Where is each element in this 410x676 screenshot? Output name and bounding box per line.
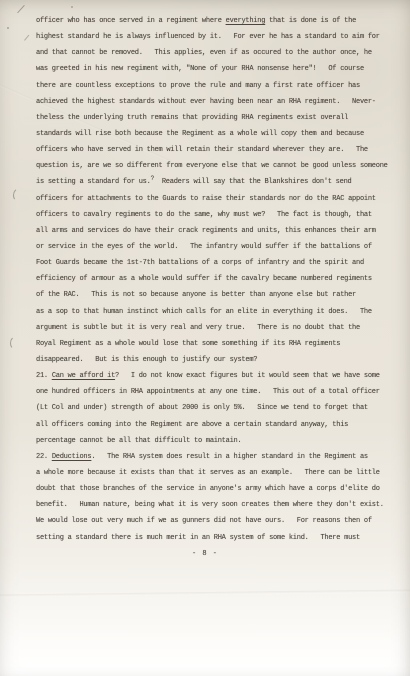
text-line: Royal Regiment as a whole would lose tha… xyxy=(36,336,388,352)
text-line: officers to cavalry regiments to do the … xyxy=(36,207,388,223)
text-line: was greeted in his new regiment with, "N… xyxy=(36,61,388,77)
text-segment: percentage cannot be all that difficult … xyxy=(36,437,241,445)
text-line: 21. Can we afford it? I do not know exac… xyxy=(36,368,388,384)
text-segment: setting a standard there is much merit i… xyxy=(36,534,360,542)
text-segment: (Lt Col and under) strength of about 200… xyxy=(36,404,368,412)
text-segment: that is done is of the xyxy=(265,17,356,25)
text-line: officers for attachments to the Guards t… xyxy=(36,191,388,207)
text-segment: question is, are we so different from ev… xyxy=(36,162,388,170)
text-line: 22. Deductions. The RHA system does resu… xyxy=(36,449,388,465)
text-line: officers who have served in them will re… xyxy=(36,142,388,158)
text-segment: officers who have served in them will re… xyxy=(36,146,368,154)
text-segment: benefit. Human nature, being what it is … xyxy=(36,501,384,509)
text-line: (Lt Col and under) strength of about 200… xyxy=(36,400,388,416)
text-segment: highest standard he is always influenced… xyxy=(36,33,380,41)
text-segment: as a sop to that human instinct which ca… xyxy=(36,308,372,316)
text-segment: is setting a standard for us. xyxy=(36,178,151,186)
text-segment: achieved the highest standards without e… xyxy=(36,98,376,106)
underlined-text: Can we afford it xyxy=(52,372,115,380)
text-line: percentage cannot be all that difficult … xyxy=(36,433,388,449)
text-line: Foot Guards became the 1st-7th battalion… xyxy=(36,255,388,271)
text-line: theless the underlying truth remains tha… xyxy=(36,110,388,126)
text-segment: was greeted in his new regiment with, "N… xyxy=(36,65,364,73)
text-segment: one hundred officers in RHA appointments… xyxy=(36,388,380,396)
underlined-text: Deductions xyxy=(52,453,92,461)
text-line: setting a standard there is much merit i… xyxy=(36,530,388,546)
text-line: one hundred officers in RHA appointments… xyxy=(36,384,388,400)
text-line: officer who has once served in a regimen… xyxy=(36,13,388,29)
text-segment: there are countless exceptions to prove … xyxy=(36,82,360,90)
page-number: - 8 - xyxy=(0,550,410,558)
text-segment: all arms and services do have their crac… xyxy=(36,227,376,235)
text-line: efficiency of armour as a whole would su… xyxy=(36,271,388,287)
body-text-lines: officer who has once served in a regimen… xyxy=(36,13,388,546)
text-segment: all officers coming into the Regiment ar… xyxy=(36,421,348,429)
text-line: We would lose out very much if we as gun… xyxy=(36,513,388,529)
text-segment: 21. xyxy=(36,372,52,380)
text-segment: . The RHA system does result in a higher… xyxy=(91,453,368,461)
text-line: and that cannot be removed. This applies… xyxy=(36,45,388,61)
text-line: question is, are we so different from ev… xyxy=(36,158,388,174)
text-segment: and that cannot be removed. This applies… xyxy=(36,49,372,57)
text-segment: a whole more because it exists than that… xyxy=(36,469,380,477)
text-line: achieved the highest standards without e… xyxy=(36,94,388,110)
text-line: all officers coming into the Regiment ar… xyxy=(36,417,388,433)
text-line: benefit. Human nature, being what it is … xyxy=(36,497,388,513)
text-line: doubt that those branches of the service… xyxy=(36,481,388,497)
text-segment: efficiency of armour as a whole would su… xyxy=(36,275,372,283)
text-segment: standards will rise both because the Reg… xyxy=(36,130,364,138)
text-segment: Readers will say that the Blankshires do… xyxy=(154,178,352,186)
text-segment: of the RAC. This is not so because anyon… xyxy=(36,291,356,299)
text-segment: officers for attachments to the Guards t… xyxy=(36,195,376,203)
text-line: of the RAC. This is not so because anyon… xyxy=(36,287,388,303)
text-segment: officer who has once served in a regimen… xyxy=(36,17,226,25)
text-line: argument is subtle but it is very real a… xyxy=(36,320,388,336)
text-segment: ? I do not know exact figures but it wou… xyxy=(115,372,380,380)
text-line: as a sop to that human instinct which ca… xyxy=(36,304,388,320)
text-line: highest standard he is always influenced… xyxy=(36,29,388,45)
text-segment: officers to cavalry regiments to do the … xyxy=(36,211,372,219)
text-segment: argument is subtle but it is very real a… xyxy=(36,324,360,332)
text-segment: doubt that those branches of the service… xyxy=(36,485,380,493)
text-line: standards will rise both because the Reg… xyxy=(36,126,388,142)
text-line: disappeared. But is this enough to justi… xyxy=(36,352,388,368)
text-segment: Royal Regiment as a whole would lose tha… xyxy=(36,340,340,348)
underlined-text: everything xyxy=(226,17,266,25)
text-segment: We would lose out very much if we as gun… xyxy=(36,517,372,525)
text-line: is setting a standard for us.? Readers w… xyxy=(36,174,388,190)
text-segment: disappeared. But is this enough to justi… xyxy=(36,356,257,364)
text-segment: or service in the eyes of the world. The… xyxy=(36,243,372,251)
text-segment: 22. xyxy=(36,453,52,461)
text-segment: theless the underlying truth remains tha… xyxy=(36,114,348,122)
text-segment: Foot Guards became the 1st-7th battalion… xyxy=(36,259,364,267)
superscript-correction: ? xyxy=(151,175,154,182)
text-line: or service in the eyes of the world. The… xyxy=(36,239,388,255)
text-line: all arms and services do have their crac… xyxy=(36,223,388,239)
text-line: there are countless exceptions to prove … xyxy=(36,78,388,94)
text-line: a whole more because it exists than that… xyxy=(36,465,388,481)
